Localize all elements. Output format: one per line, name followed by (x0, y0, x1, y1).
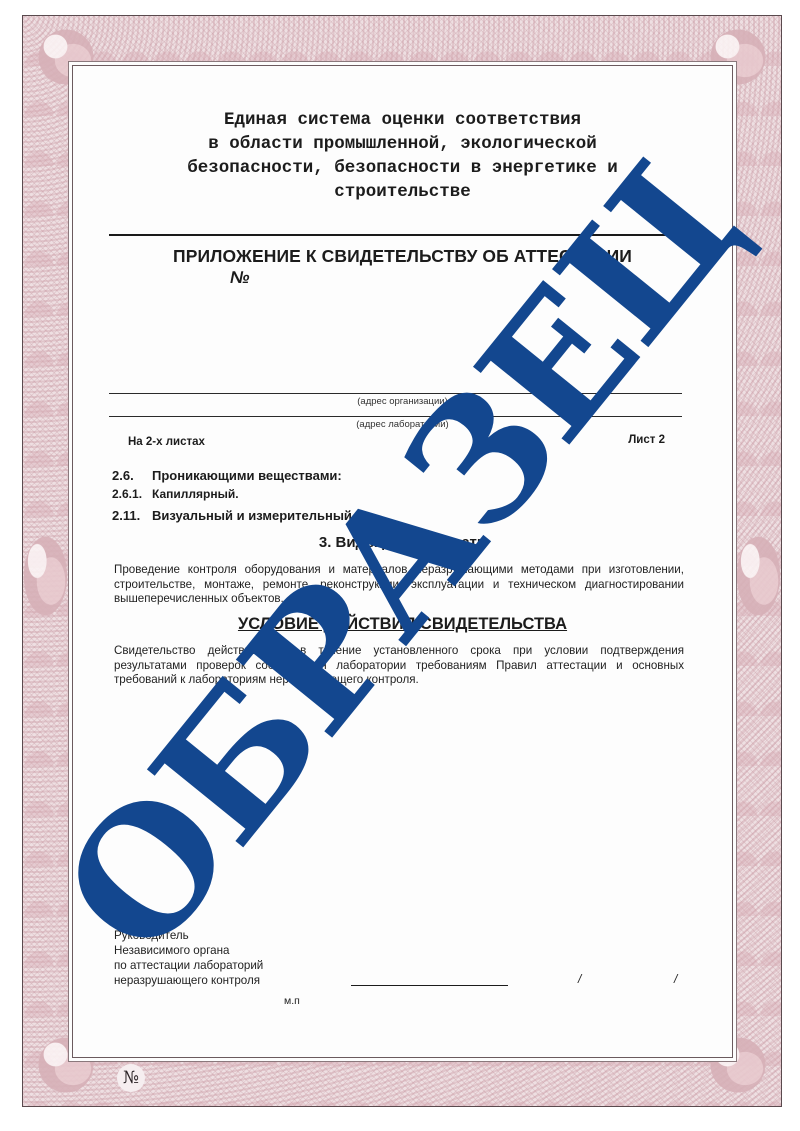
signer-line: Руководитель (114, 928, 263, 943)
laboratory-address-line (109, 416, 682, 417)
sheets-total: На 2-х листах (128, 436, 205, 448)
signature-line (351, 985, 508, 986)
organization-address-line (109, 393, 682, 394)
system-title-line: безопасности, безопасности в энергетике … (73, 156, 732, 180)
organization-address-caption: (адрес организации) (73, 396, 732, 407)
system-title-line: Единая система оценки соответствия (73, 108, 732, 132)
signer-line: неразрушающего контроля (114, 973, 263, 988)
method-text: Визуальный и измерительный. (152, 508, 356, 523)
signer-block: Руководитель Независимого органа по атте… (114, 928, 263, 988)
system-title-line: в области промышленной, экологической (73, 132, 732, 156)
title-divider (109, 234, 682, 236)
signature-separator: / (674, 972, 677, 986)
system-title: Единая система оценки соответствия в обл… (73, 108, 732, 204)
document-page: Единая система оценки соответствия в обл… (72, 65, 733, 1058)
system-title-line: строительстве (73, 180, 732, 204)
method-number: 2.6.1. (112, 487, 142, 501)
condition-title: УСЛОВИЕ ДЕЙСТВИЯ СВИДЕТЕЛЬСТВА (73, 615, 732, 634)
method-number: 2.6. (112, 468, 134, 483)
activities-paragraph: Проведение контроля оборудования и матер… (114, 563, 684, 607)
signature-separator: / (578, 972, 581, 986)
certificate-number-label: № (230, 268, 249, 288)
frame-number-sign: № (117, 1064, 145, 1092)
side-ornament-icon (18, 526, 73, 626)
signer-line: Независимого органа (114, 943, 263, 958)
method-text: Капиллярный. (152, 487, 239, 501)
condition-paragraph: Свидетельство действительно в течение ус… (114, 644, 684, 688)
laboratory-address-caption: (адрес лаборатории) (73, 419, 732, 430)
stamp-place-label: м.п (284, 995, 300, 1007)
method-text: Проникающими веществами: (152, 468, 342, 483)
sheet-number: Лист 2 (628, 434, 665, 446)
section-3-title: 3. Виды деятельности (73, 534, 732, 551)
method-number: 2.11. (112, 508, 140, 523)
appendix-title: ПРИЛОЖЕНИЕ К СВИДЕТЕЛЬСТВУ ОБ АТТЕСТАЦИИ (73, 246, 732, 267)
side-ornament-icon (731, 526, 786, 626)
signer-line: по аттестации лабораторий (114, 958, 263, 973)
